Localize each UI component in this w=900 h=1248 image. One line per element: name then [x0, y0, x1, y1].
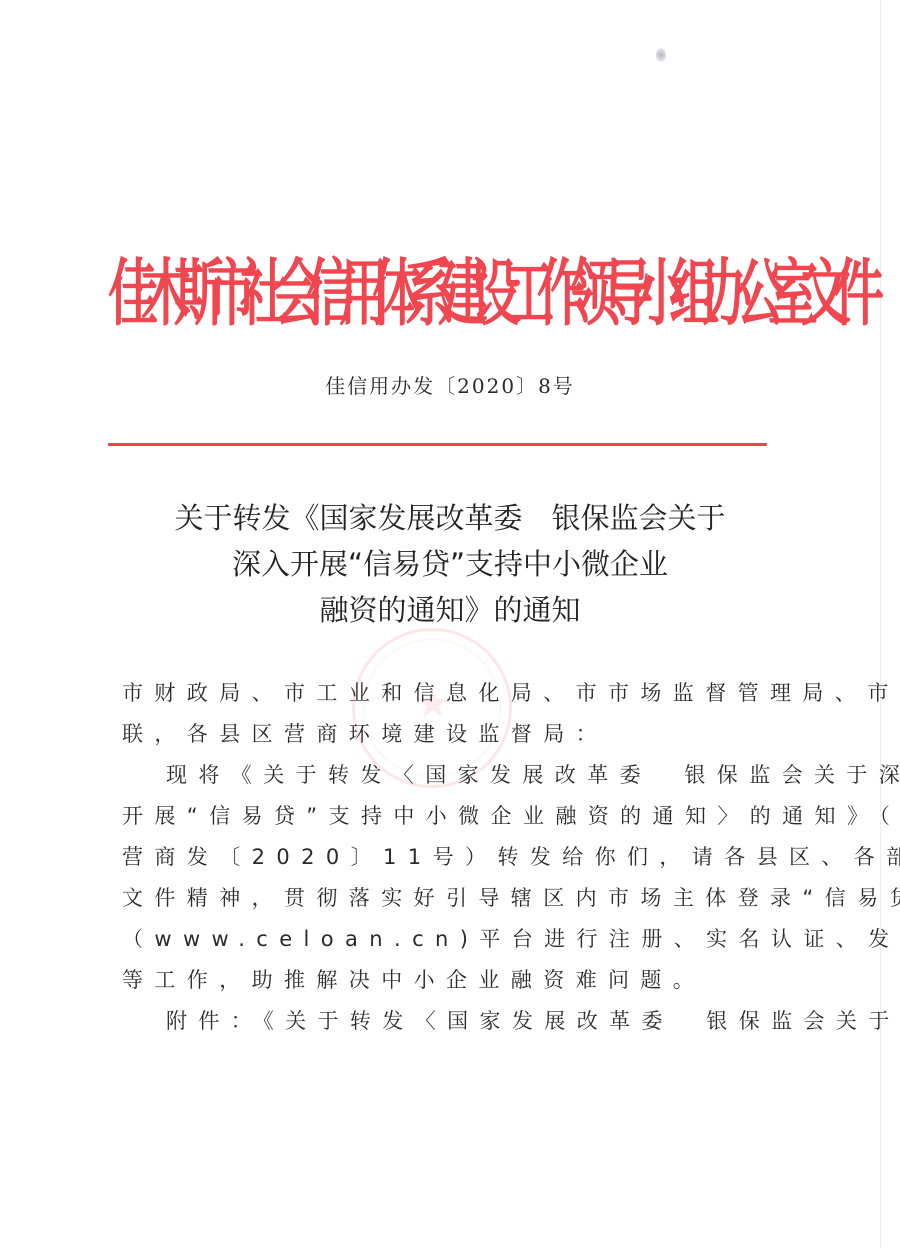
- subject-line: 深入开展“信易贷”支持中小微企业: [0, 541, 900, 587]
- header-glyph: 件: [834, 258, 867, 331]
- header-glyph: 信: [306, 258, 339, 331]
- header-glyph: 斯: [174, 258, 207, 331]
- body-line: 营商发〔2020〕11号）转发给你们，请各县区、各部门根据: [122, 847, 782, 888]
- document-number: 佳信用办发〔2020〕8号: [0, 370, 900, 399]
- header-glyph: 社: [240, 258, 273, 331]
- document-subject: 关于转发《国家发展改革委 银保监会关于 深入开展“信易贷”支持中小微企业 融资的…: [0, 495, 900, 633]
- header-glyph: 体: [372, 258, 405, 331]
- red-divider-rule: [108, 443, 767, 446]
- scan-artifact-spot: [656, 48, 666, 62]
- subject-line: 融资的通知》的通知: [0, 587, 900, 633]
- document-header-title: 佳木斯市社会信用体系建设工作领导小组办公室文件: [108, 252, 772, 336]
- header-glyph: 办: [702, 258, 735, 331]
- body-line: 联，各县区营商环境建设监督局：: [122, 724, 782, 765]
- header-glyph: 导: [603, 258, 636, 331]
- header-glyph: 领: [570, 258, 603, 331]
- header-glyph: 工: [504, 258, 537, 331]
- header-glyph: 公: [735, 258, 768, 331]
- document-body: 市财政局、市工业和信息化局、市市场监督管理局、市工商 联，各县区营商环境建设监督…: [122, 683, 782, 1052]
- header-glyph: 设: [471, 258, 504, 331]
- header-glyph: 佳: [108, 258, 141, 331]
- body-line: 文件精神，贯彻落实好引导辖区内市场主体登录“信易贷”: [122, 888, 782, 929]
- header-glyph: 小: [636, 258, 669, 331]
- header-glyph: 组: [669, 258, 702, 331]
- subject-line: 关于转发《国家发展改革委 银保监会关于: [0, 495, 900, 541]
- body-line: 市财政局、市工业和信息化局、市市场监督管理局、市工商: [122, 683, 782, 724]
- header-glyph: 作: [537, 258, 570, 331]
- header-glyph: 系: [405, 258, 438, 331]
- body-line-url: （www.celoan.cn)平台进行注册、实名认证、发布融资需求: [122, 929, 782, 970]
- header-glyph: 室: [768, 258, 801, 331]
- header-glyph: 市: [207, 258, 240, 331]
- header-glyph: 会: [273, 258, 306, 331]
- attachment-line: 附件：《关于转发〈国家发展改革委 银保监会关于深: [122, 1011, 782, 1052]
- header-glyph: 用: [339, 258, 372, 331]
- body-line: 现将《关于转发〈国家发展改革委 银保监会关于深入: [122, 765, 782, 806]
- body-line: 开展“信易贷”支持中小微企业融资的通知〉的通知》（黑: [122, 806, 782, 847]
- body-line: 等工作，助推解决中小企业融资难问题。: [122, 970, 782, 1011]
- header-glyph: 文: [801, 258, 834, 331]
- header-glyph: 木: [141, 258, 174, 331]
- header-glyph: 建: [438, 258, 471, 331]
